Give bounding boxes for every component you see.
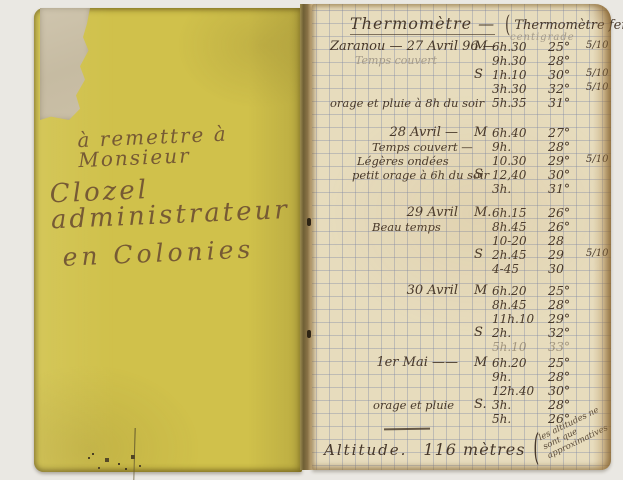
session-marker	[474, 154, 492, 168]
temperature-value: 30°	[548, 68, 586, 82]
weather-note	[316, 298, 474, 312]
separator-dash	[384, 428, 430, 431]
page-title: Thermomètre —	[350, 14, 495, 35]
notebook-scan: à remettre à Monsieur Clozel administrat…	[0, 0, 623, 480]
log-blocks: Zaranou — 27 Avril 96 —M6h.3025°5/10Temp…	[316, 40, 608, 426]
time-value: 5h.	[492, 412, 548, 426]
time-value: 2h.	[492, 326, 548, 340]
page-subtitle-text: Thermomètre fermé	[514, 18, 623, 33]
fraction-value: 5/10	[586, 247, 610, 261]
date-label: 30 Avril	[316, 284, 474, 298]
log-row: orage et pluieS.3h.28°	[316, 398, 608, 412]
session-marker	[474, 384, 492, 398]
temperature-value: 28°	[548, 370, 586, 384]
weather-note: Temps couvert —	[316, 140, 474, 154]
time-value: 12h.40	[492, 384, 548, 398]
log-row: 5h.1033°	[316, 340, 608, 354]
date-label: Zaranou — 27 Avril 96 —	[316, 40, 474, 54]
session-marker: S	[474, 248, 492, 262]
time-value: 5h.10	[492, 340, 548, 354]
session-marker	[474, 370, 492, 384]
fraction-value	[586, 261, 610, 275]
log-row: petit orage à 6h du soirS12,4030°	[316, 168, 608, 182]
temperature-value: 31°	[548, 96, 586, 110]
session-marker	[474, 82, 492, 96]
temperature-value: 32°	[548, 326, 586, 340]
weather-note: Beau temps	[316, 220, 474, 234]
temperature-value: 28°	[548, 298, 586, 312]
time-value: 3h.	[492, 398, 548, 412]
page-subtitle: ( Thermomètre fermé	[505, 18, 623, 33]
weather-note	[316, 370, 474, 384]
session-marker	[474, 262, 492, 276]
log-row: Beau temps8h.4526°	[316, 220, 608, 234]
session-marker	[474, 234, 492, 248]
fraction-value	[586, 355, 610, 369]
fraction-value	[586, 167, 610, 181]
temperature-value: 30°	[548, 168, 586, 182]
time-value: 6h.20	[492, 356, 548, 370]
fraction-value: 5/10	[586, 67, 610, 81]
session-marker	[474, 220, 492, 234]
time-value: 4-45	[492, 262, 548, 276]
log-block: 1er Mai ——M6h.2025°9h.28°12h.4030°orage …	[316, 356, 608, 426]
log-row: 9h.28°	[316, 370, 608, 384]
temperature-value: 28°	[548, 398, 586, 412]
temperature-value: 29°	[548, 154, 586, 168]
temperature-value: 33°	[548, 340, 586, 354]
weather-note	[316, 248, 474, 262]
temperature-value: 29°	[548, 312, 586, 326]
temperature-value: 25°	[548, 284, 586, 298]
fraction-value	[586, 219, 610, 233]
session-marker: M	[474, 126, 492, 140]
weather-note: petit orage à 6h du soir	[316, 168, 474, 182]
weather-note	[316, 340, 474, 354]
cover-inscription-line: à remettre à Monsieur	[77, 121, 295, 170]
log-row: 30 AvrilM6h.2025°	[316, 284, 608, 298]
time-value: 9h.	[492, 140, 548, 154]
log-row: 28 Avril —M6h.4027°	[316, 126, 608, 140]
session-marker: M.	[474, 206, 492, 220]
time-value: 9h.	[492, 370, 548, 384]
fraction-value	[586, 125, 610, 139]
time-value: 11h.10	[492, 312, 548, 326]
log-row: orage et pluie à 8h du soir5h.3531°	[316, 96, 608, 110]
session-marker: M	[474, 356, 492, 370]
session-marker	[474, 412, 492, 426]
log-block: 30 AvrilM6h.2025°8h.4528°11h.1029°S2h.32…	[316, 284, 608, 354]
log-page: Thermomètre —( Thermomètre fermé centigr…	[312, 4, 611, 470]
weather-note	[316, 82, 474, 96]
fraction-value: 5/10	[586, 153, 610, 167]
time-value: 6h.40	[492, 126, 548, 140]
log-row: 11h.1029°	[316, 312, 608, 326]
session-marker	[474, 340, 492, 354]
fraction-value	[586, 95, 610, 109]
torn-label-patch	[40, 8, 90, 120]
temperature-value: 29	[548, 248, 586, 262]
weather-note	[316, 262, 474, 276]
fraction-value	[586, 383, 610, 397]
session-marker	[474, 140, 492, 154]
session-marker: M	[474, 40, 492, 54]
fraction-value	[586, 325, 610, 339]
fraction-value	[586, 233, 610, 247]
temperature-value: 28°	[548, 54, 586, 68]
fraction-value: 5/10	[586, 81, 610, 95]
fraction-value	[586, 53, 610, 67]
date-label: 28 Avril —	[316, 126, 474, 140]
time-value: 6h.15	[492, 206, 548, 220]
log-row: S2h.45295/10	[316, 248, 608, 262]
time-value: 6h.30	[492, 40, 548, 54]
session-marker: S	[474, 168, 492, 182]
fraction-value	[586, 139, 610, 153]
session-marker: S	[474, 68, 492, 82]
log-block: 28 Avril —M6h.4027°Temps couvert —9h.28°…	[316, 126, 608, 196]
temperature-value: 28°	[548, 140, 586, 154]
page-header: Thermomètre —( Thermomètre fermé	[350, 14, 623, 33]
fraction-value	[586, 369, 610, 383]
log-row: Zaranou — 27 Avril 96 —M6h.3025°5/10	[316, 40, 608, 54]
log-row: 8h.4528°	[316, 298, 608, 312]
cover-inscription: à remettre à Monsieur Clozel administrat…	[47, 121, 299, 271]
fraction-value	[586, 283, 610, 297]
ink-specks	[92, 453, 94, 455]
scratch-mark	[133, 428, 135, 480]
temperature-value: 26°	[548, 206, 586, 220]
weather-note	[316, 312, 474, 326]
time-value: 12,40	[492, 168, 548, 182]
stitch-mark	[307, 218, 311, 226]
time-value: 10.30	[492, 154, 548, 168]
weather-note: Légères ondées	[316, 154, 474, 168]
temperature-value: 30	[548, 262, 586, 276]
time-value: 6h.20	[492, 284, 548, 298]
temperature-value: 30°	[548, 384, 586, 398]
altitude-value: 116 mètres	[423, 440, 525, 459]
temperature-value: 28	[548, 234, 586, 248]
time-value: 5h.35	[492, 96, 548, 110]
fraction-value: 5/10	[586, 39, 610, 53]
weather-note: orage et pluie à 8h du soir	[316, 96, 474, 110]
session-marker	[474, 96, 492, 110]
temperature-value: 25°	[548, 356, 586, 370]
log-row: 12h.4030°	[316, 384, 608, 398]
log-block: Zaranou — 27 Avril 96 —M6h.3025°5/10Temp…	[316, 40, 608, 110]
session-marker	[474, 54, 492, 68]
weather-note	[316, 384, 474, 398]
stitch-mark	[307, 330, 311, 338]
fraction-value	[586, 181, 610, 195]
weather-note: orage et pluie	[316, 398, 474, 412]
log-row: S1h.1030°5/10	[316, 68, 608, 82]
weather-note	[316, 326, 474, 340]
temperature-value: 31°	[548, 182, 586, 196]
session-marker	[474, 182, 492, 196]
weather-note	[316, 68, 474, 82]
time-value: 10-20	[492, 234, 548, 248]
time-value: 3h.	[492, 182, 548, 196]
log-row: 1er Mai ——M6h.2025°	[316, 356, 608, 370]
temperature-value: 27°	[548, 126, 586, 140]
log-row: S2h.32°	[316, 326, 608, 340]
time-value: 8h.45	[492, 220, 548, 234]
session-marker	[474, 312, 492, 326]
weather-note	[316, 182, 474, 196]
temperature-value: 26°	[548, 220, 586, 234]
time-value: 3h.30	[492, 82, 548, 96]
time-value: 1h.10	[492, 68, 548, 82]
fraction-value	[586, 339, 610, 353]
session-marker	[474, 298, 492, 312]
fraction-value	[586, 311, 610, 325]
cover-inscription-line: en Colonies	[62, 235, 299, 270]
log-row: 3h.3032°5/10	[316, 82, 608, 96]
time-value: 9h.30	[492, 54, 548, 68]
log-row: Temps couvert9h.3028°	[316, 54, 608, 68]
temperature-value: 25°	[548, 40, 586, 54]
log-row: 3h.31°	[316, 182, 608, 196]
log-row: 29 AvrilM.6h.1526°	[316, 206, 608, 220]
date-label: 1er Mai ——	[316, 356, 474, 370]
altitude-label: Altitude.	[324, 441, 407, 459]
date-label: 29 Avril	[316, 206, 474, 220]
fraction-value	[586, 297, 610, 311]
time-value: 8h.45	[492, 298, 548, 312]
weather-note	[316, 234, 474, 248]
session-marker: S	[474, 326, 492, 340]
log-row: 4-4530	[316, 262, 608, 276]
pencil-note: Temps couvert	[316, 54, 474, 68]
weather-note	[316, 412, 474, 426]
temperature-value: 32°	[548, 82, 586, 96]
log-row: Légères ondées10.3029°5/10	[316, 154, 608, 168]
fraction-value	[586, 205, 610, 219]
cover-inscription-line: Clozel administrateur	[49, 171, 297, 234]
log-row: Temps couvert —9h.28°	[316, 140, 608, 154]
log-row: 10-2028	[316, 234, 608, 248]
session-marker: S.	[474, 398, 492, 412]
log-block: 29 AvrilM.6h.1526°Beau temps8h.4526°10-2…	[316, 206, 608, 276]
notebook-cover: à remettre à Monsieur Clozel administrat…	[34, 8, 302, 472]
time-value: 2h.45	[492, 248, 548, 262]
session-marker: M	[474, 284, 492, 298]
